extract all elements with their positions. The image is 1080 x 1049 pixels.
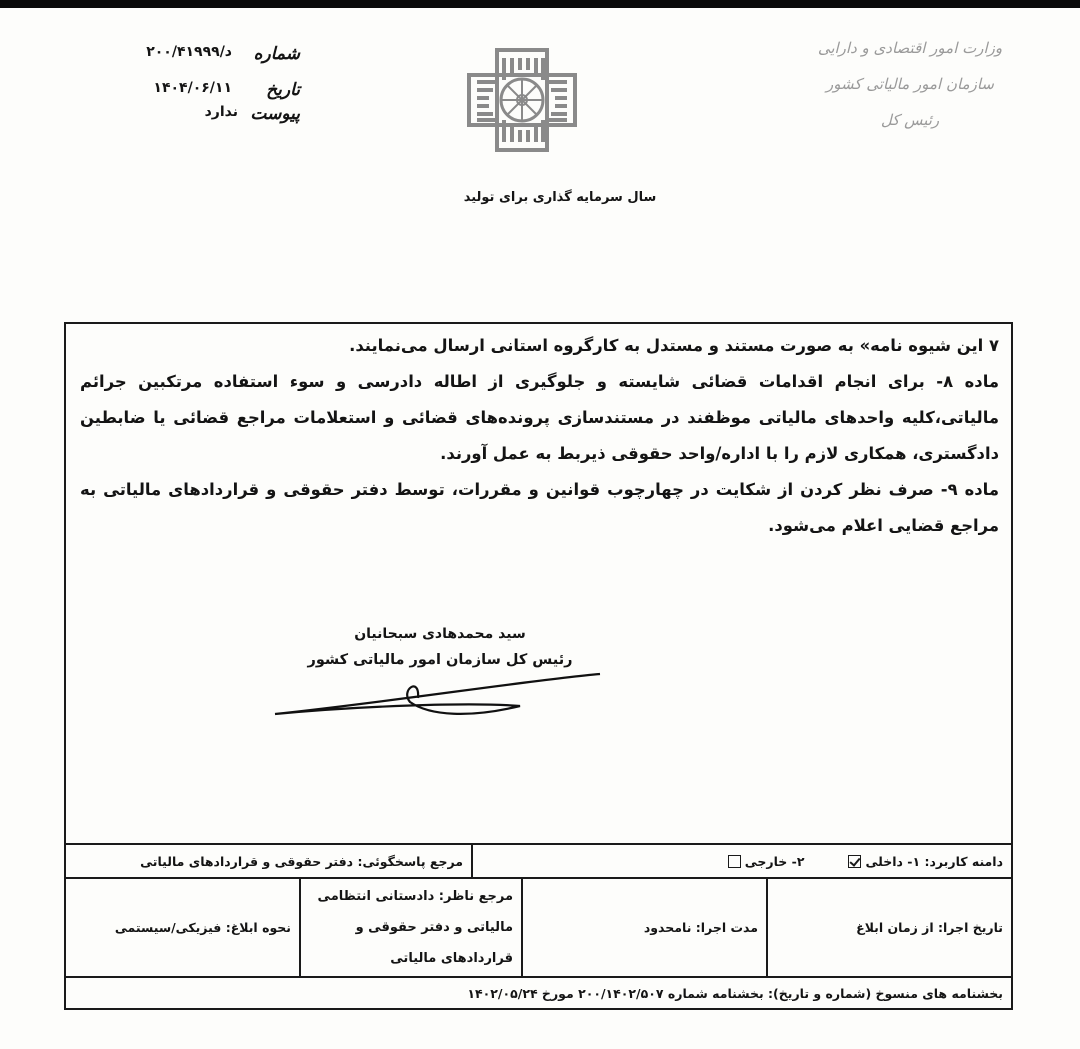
circular-info-table: دامنه کاربرد: ۱- داخلی ۲- خارجی مرجع پاس… <box>64 843 1013 1010</box>
year-slogan: سال سرمایه گذاری برای تولید <box>440 190 680 205</box>
article-9-paragraph: ماده ۹- صرف نظر کردن از شکایت در چهارچوب… <box>80 472 999 544</box>
exec-duration-cell: مدت اجرا: نامحدود <box>521 879 766 976</box>
body-paragraph: ۷ این شیوه نامه» به صورت مستند و مستدل ب… <box>80 328 999 364</box>
scope-label: دامنه کاربرد: <box>924 854 1003 869</box>
date-value: ۱۴۰۴/۰۶/۱۱ <box>153 80 232 96</box>
responsible-cell: مرجع پاسخگوئی: دفتر حقوقی و قراردادهای م… <box>66 845 471 877</box>
supervisor-line: مالیاتی و دفتر حقوقی و <box>309 912 513 943</box>
attachment-value: ندارد <box>205 104 238 120</box>
ministry-line: رئیس کل <box>780 102 1040 138</box>
exec-date-cell: تاریخ اجرا: از زمان ابلاغ <box>766 879 1011 976</box>
supervisor-cell: مرجع ناظر: دادستانی انتظامی مالیاتی و دف… <box>299 879 521 976</box>
ministry-heading: وزارت امور اقتصادی و دارایی سازمان امور … <box>780 30 1040 138</box>
execution-duration: مدت اجرا: نامحدود <box>644 920 758 935</box>
number-value: د/۲۰۰/۴۱۹۹۹ <box>146 44 232 60</box>
attachment-label: پیوست <box>250 104 300 124</box>
attachment-row: پیوست ندارد <box>100 104 300 134</box>
ministry-line: وزارت امور اقتصادی و دارایی <box>780 30 1040 66</box>
date-label: تاریخ <box>266 80 300 100</box>
external-checkbox-icon <box>728 855 741 868</box>
letter-body-box: ۷ این شیوه نامه» به صورت مستند و مستدل ب… <box>64 322 1013 844</box>
tax-organization-logo-icon <box>459 40 585 160</box>
responsible-authority: مرجع پاسخگوئی: دفتر حقوقی و قراردادهای م… <box>140 854 463 869</box>
ministry-line: سازمان امور مالیاتی کشور <box>780 66 1040 102</box>
table-row: بخشنامه های منسوخ (شماره و تاریخ): بخشنا… <box>66 978 1011 1008</box>
scope-internal-label: ۱- داخلی <box>865 854 920 869</box>
table-row: دامنه کاربرد: ۱- داخلی ۲- خارجی مرجع پاس… <box>66 845 1011 879</box>
handwritten-signature-icon <box>270 662 610 742</box>
top-black-bar <box>0 0 1080 8</box>
article-8-paragraph: ماده ۸- برای انجام اقدامات قضائی شایسته … <box>80 364 999 472</box>
notification-method: نحوه ابلاغ: فیزیکی/سیستمی <box>115 920 291 935</box>
signatory-name: سید محمدهادی سبحانیان <box>270 626 610 642</box>
supervisor-line: قراردادهای مالیاتی <box>309 943 513 974</box>
signature-block: سید محمدهادی سبحانیان رئیس کل سازمان امو… <box>270 620 610 668</box>
scope-external-label: ۲- خارجی <box>745 854 805 869</box>
number-label: شماره <box>254 44 300 64</box>
notify-method-cell: نحوه ابلاغ: فیزیکی/سیستمی <box>66 879 299 976</box>
letter-number-row: شماره د/۲۰۰/۴۱۹۹۹ <box>100 44 300 74</box>
scope-cell: دامنه کاربرد: ۱- داخلی ۲- خارجی <box>471 845 1011 877</box>
supervisor-line: مرجع ناظر: دادستانی انتظامی <box>309 881 513 912</box>
abolished-cell: بخشنامه های منسوخ (شماره و تاریخ): بخشنا… <box>66 978 1011 1008</box>
letter-meta: شماره د/۲۰۰/۴۱۹۹۹ تاریخ ۱۴۰۴/۰۶/۱۱ پیوست… <box>100 44 300 134</box>
execution-date: تاریخ اجرا: از زمان ابلاغ <box>856 920 1003 935</box>
internal-checkbox-checked-icon <box>848 855 861 868</box>
abolished-circulars: بخشنامه های منسوخ (شماره و تاریخ): بخشنا… <box>467 986 1003 1001</box>
letter-body-text: ۷ این شیوه نامه» به صورت مستند و مستدل ب… <box>80 328 999 544</box>
table-row: تاریخ اجرا: از زمان ابلاغ مدت اجرا: نامح… <box>66 879 1011 978</box>
